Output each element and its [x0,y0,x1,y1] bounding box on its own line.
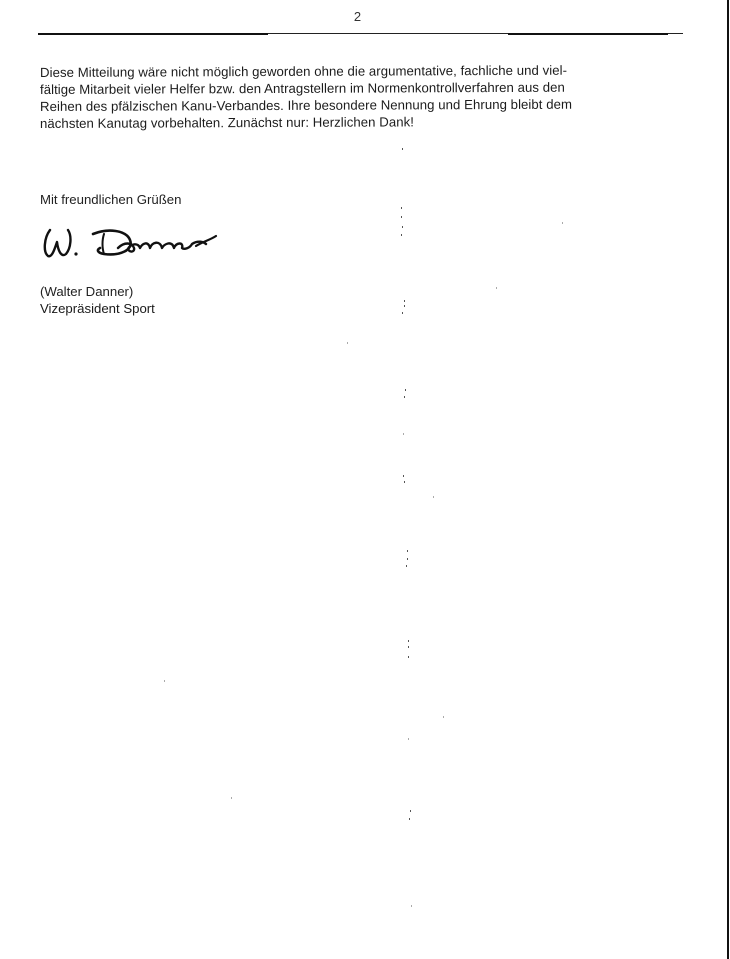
page-number: 2 [0,9,715,24]
signer-title: Vizepräsident Sport [40,301,155,316]
header-divider-line [38,33,683,34]
scan-edge-border [727,0,729,959]
body-line: nächsten Kanutag vorbehalten. Zunächst n… [40,112,680,132]
scanned-document-page: 2 Diese Mitteilung wäre nicht möglich ge… [0,0,730,959]
closing-salutation: Mit freundlichen Grüßen [40,192,181,207]
signer-name: (Walter Danner) [40,284,133,299]
body-paragraph: Diese Mitteilung wäre nicht möglich gewo… [40,64,680,132]
handwritten-signature [38,220,228,265]
